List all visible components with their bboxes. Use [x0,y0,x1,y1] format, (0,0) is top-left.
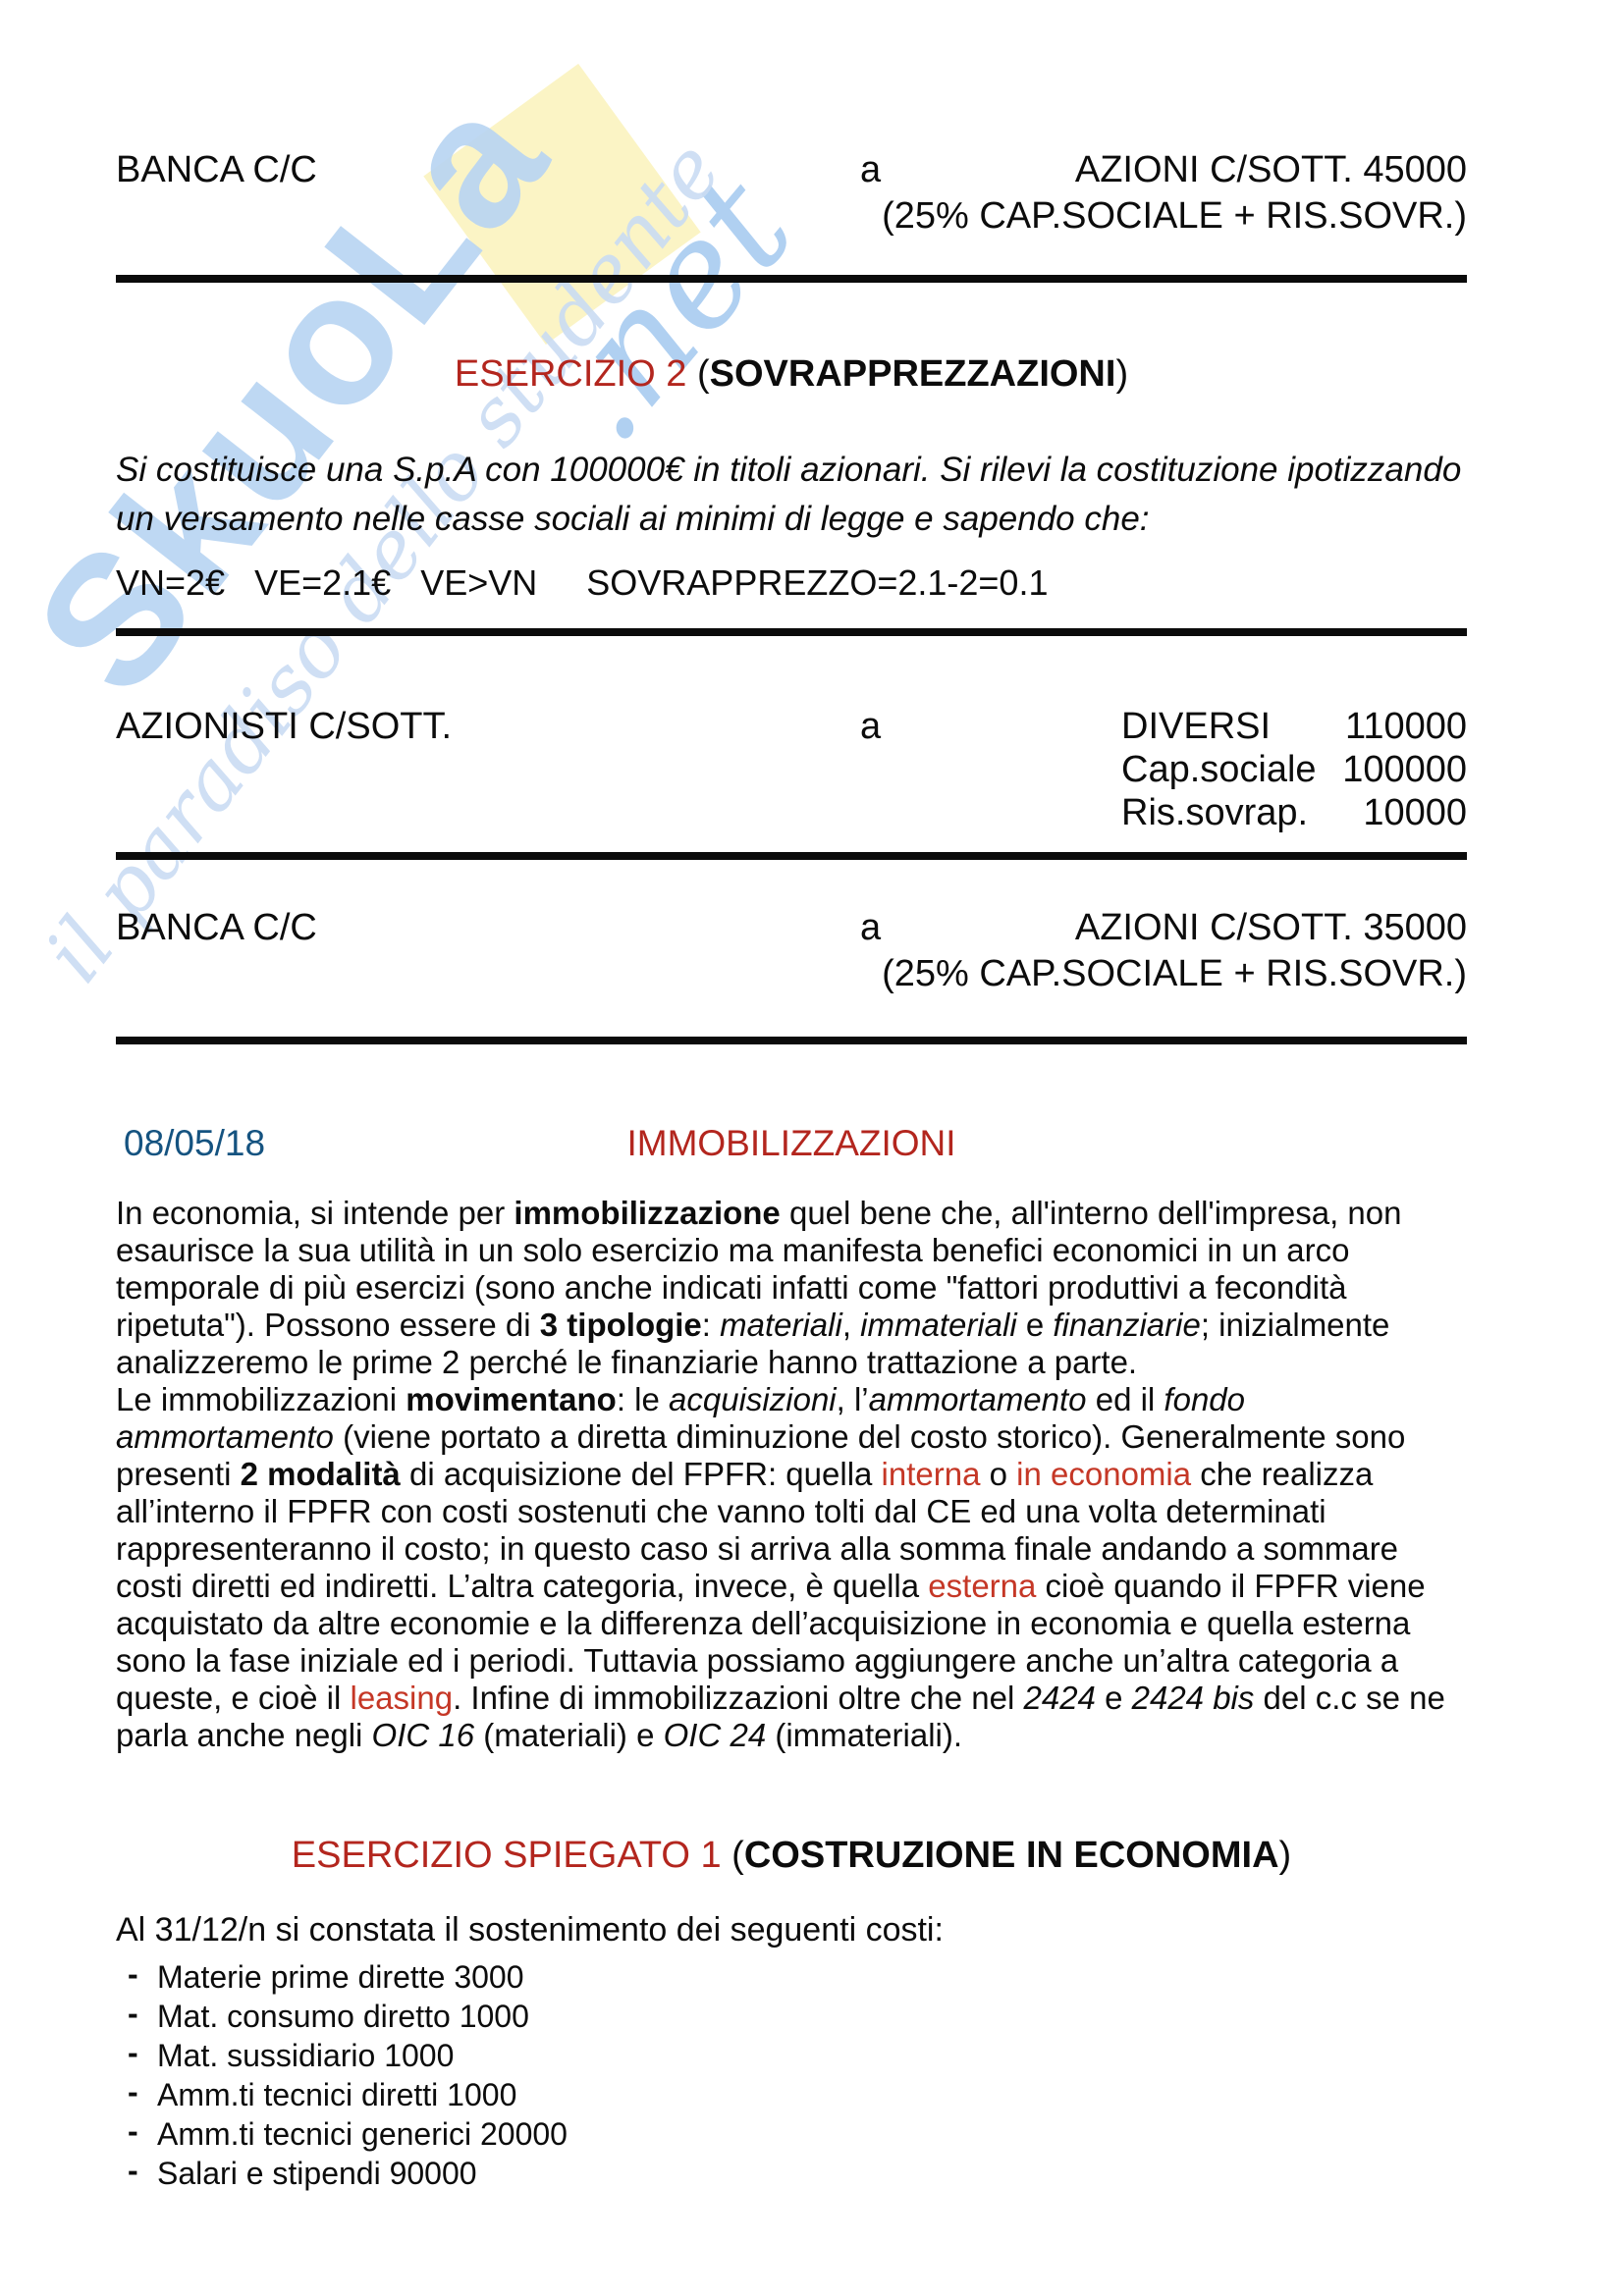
credit-block: AZIONI C/SOTT. 45000 (25% CAP.SOCIALE + … [878,147,1467,240]
cost-item: Mat. consumo diretto 1000 [116,1997,1467,2036]
credit-line: (25% CAP.SOCIALE + RIS.SOVR.) [878,193,1467,240]
divider-rule [116,852,1467,860]
journal-entry-banca-45000: BANCA C/C a AZIONI C/SOTT. 45000 (25% CA… [116,147,1467,245]
credit-block: DIVERSI 110000 Cap.sociale 100000 Ris.so… [1121,705,1467,834]
credit-block: AZIONI C/SOTT. 35000 (25% CAP.SOCIALE + … [878,905,1467,997]
journal-entry-banca-35000: BANCA C/C a AZIONI C/SOTT. 35000 (25% CA… [116,905,1467,1003]
lecture-title: IMMOBILIZZAZIONI [116,1121,1467,1166]
exercise2-heading: ESERCIZIO 2 (SOVRAPPREZZAZIONI) [116,351,1467,397]
credit-row: Cap.sociale 100000 [1121,748,1467,791]
notes-page: SkuoLa .net il paradiso dello studente B… [0,0,1624,2296]
page-content: BANCA C/C a AZIONI C/SOTT. 45000 (25% CA… [116,0,1467,2193]
exercise2-formula: VN=2€ VE=2.1€ VE>VN SOVRAPPREZZO=2.1-2=0… [116,561,1467,606]
cost-item: Materie prime dirette 3000 [116,1957,1467,1997]
cost-item: Mat. sussidiario 1000 [116,2036,1467,2075]
divider-rule [116,1037,1467,1044]
divider-rule [116,275,1467,283]
cost-item: Amm.ti tecnici diretti 1000 [116,2075,1467,2114]
credit-line: AZIONI C/SOTT. 35000 [878,905,1467,951]
credit-account: Cap.sociale [1121,748,1317,791]
debit-account: AZIONISTI C/SOTT. [116,705,452,748]
exercise2-intro-text: Si costituisce una S.p.A con 100000€ in … [116,446,1467,544]
lecture-body-paragraph: In economia, si intende per immobilizzaz… [116,1195,1467,1754]
journal-entry-azionisti-110000: AZIONISTI C/SOTT. a DIVERSI 110000 Cap.s… [116,705,1467,834]
credit-line: AZIONI C/SOTT. 45000 [878,147,1467,193]
credit-line: (25% CAP.SOCIALE + RIS.SOVR.) [878,951,1467,997]
cost-item: Salari e stipendi 90000 [116,2154,1467,2193]
exercise3-intro-text: Al 31/12/n si constata il sostenimento d… [116,1909,1467,1950]
divider-rule [116,628,1467,636]
credit-account: DIVERSI [1121,705,1271,748]
credit-account: Ris.sovrap. [1121,791,1308,834]
cost-list: Materie prime dirette 3000 Mat. consumo … [116,1957,1467,2193]
debit-account: BANCA C/C [116,905,317,951]
credit-amount: 10000 [1363,791,1467,834]
credit-row: DIVERSI 110000 [1121,705,1467,748]
credit-amount: 100000 [1342,748,1467,791]
cost-item: Amm.ti tecnici generici 20000 [116,2114,1467,2154]
exercise3-heading: ESERCIZIO SPIEGATO 1 (COSTRUZIONE IN ECO… [116,1833,1467,1878]
lecture-header: 08/05/18 IMMOBILIZZAZIONI [116,1121,1467,1166]
debit-account: BANCA C/C [116,147,317,193]
credit-row: Ris.sovrap. 10000 [1121,791,1467,834]
credit-amount: 110000 [1345,705,1467,748]
lecture-date: 08/05/18 [124,1121,265,1166]
entry-connector-a: a [860,705,881,748]
